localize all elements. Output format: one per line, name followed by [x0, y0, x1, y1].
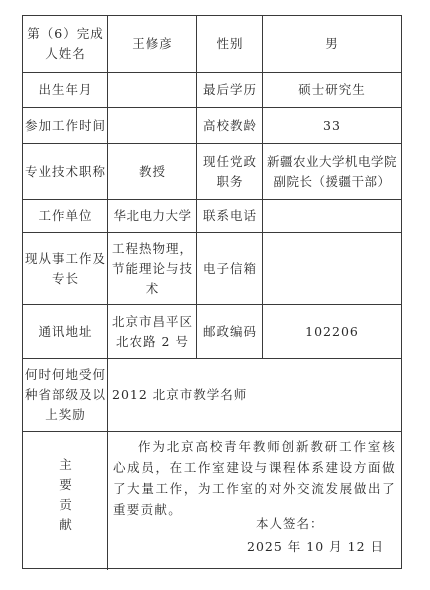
value-address: 北京市昌平区北农路 2 号: [108, 305, 197, 358]
label-title: 专业技术职称: [23, 144, 108, 199]
label-awards: 何时何地受何种省部级及以上奖励: [23, 359, 108, 431]
value-title: 教授: [108, 144, 197, 199]
value-postcode: 102206: [263, 305, 401, 358]
label-gender: 性别: [197, 16, 263, 72]
label-postcode: 邮政编码: [197, 305, 263, 358]
signature-value: [323, 514, 383, 530]
label-address: 通讯地址: [23, 305, 108, 358]
signature-date: 2025 年 10 月 12 日: [247, 537, 384, 555]
label-phone: 联系电话: [197, 200, 263, 232]
label-work-start: 参加工作时间: [23, 108, 108, 143]
value-employer: 华北电力大学: [108, 200, 197, 232]
value-education: 硕士研究生: [263, 73, 401, 107]
label-teaching-years: 高校教龄: [197, 108, 263, 143]
value-work-start: [108, 108, 197, 143]
value-specialty: 工程热物理，节能理论与技术: [108, 233, 197, 304]
value-name: 王修彦: [108, 16, 197, 72]
value-awards: 2012 北京市教学名师: [108, 359, 401, 431]
value-birth-date: [108, 73, 197, 107]
value-email: [263, 233, 401, 304]
label-name: 第（6）完成人姓名: [23, 16, 108, 72]
label-employer: 工作单位: [23, 200, 108, 232]
label-contribution: 主 要 贡 献: [23, 431, 108, 570]
label-email: 电子信箱: [197, 233, 263, 304]
value-phone: [263, 200, 401, 232]
signature-label: 本人签名：: [256, 514, 324, 532]
label-birth-date: 出生年月: [23, 73, 108, 107]
value-teaching-years: 33: [263, 108, 401, 143]
label-position: 现任党政职务: [197, 144, 263, 199]
completer-info-form: 第（6）完成人姓名 王修彦 性别 男 出生年月 最后学历 硕士研究生 参加工作时…: [22, 15, 402, 569]
value-gender: 男: [263, 16, 401, 72]
value-position: 新疆农业大学机电学院副院长（援疆干部）: [263, 144, 401, 199]
contribution-text: 作为北京高校青年教师创新教研工作室核心成员，在工作室建设与课程体系建设方面做了大…: [113, 436, 396, 520]
label-education: 最后学历: [197, 73, 263, 107]
label-specialty: 现从事工作及专长: [23, 233, 108, 304]
